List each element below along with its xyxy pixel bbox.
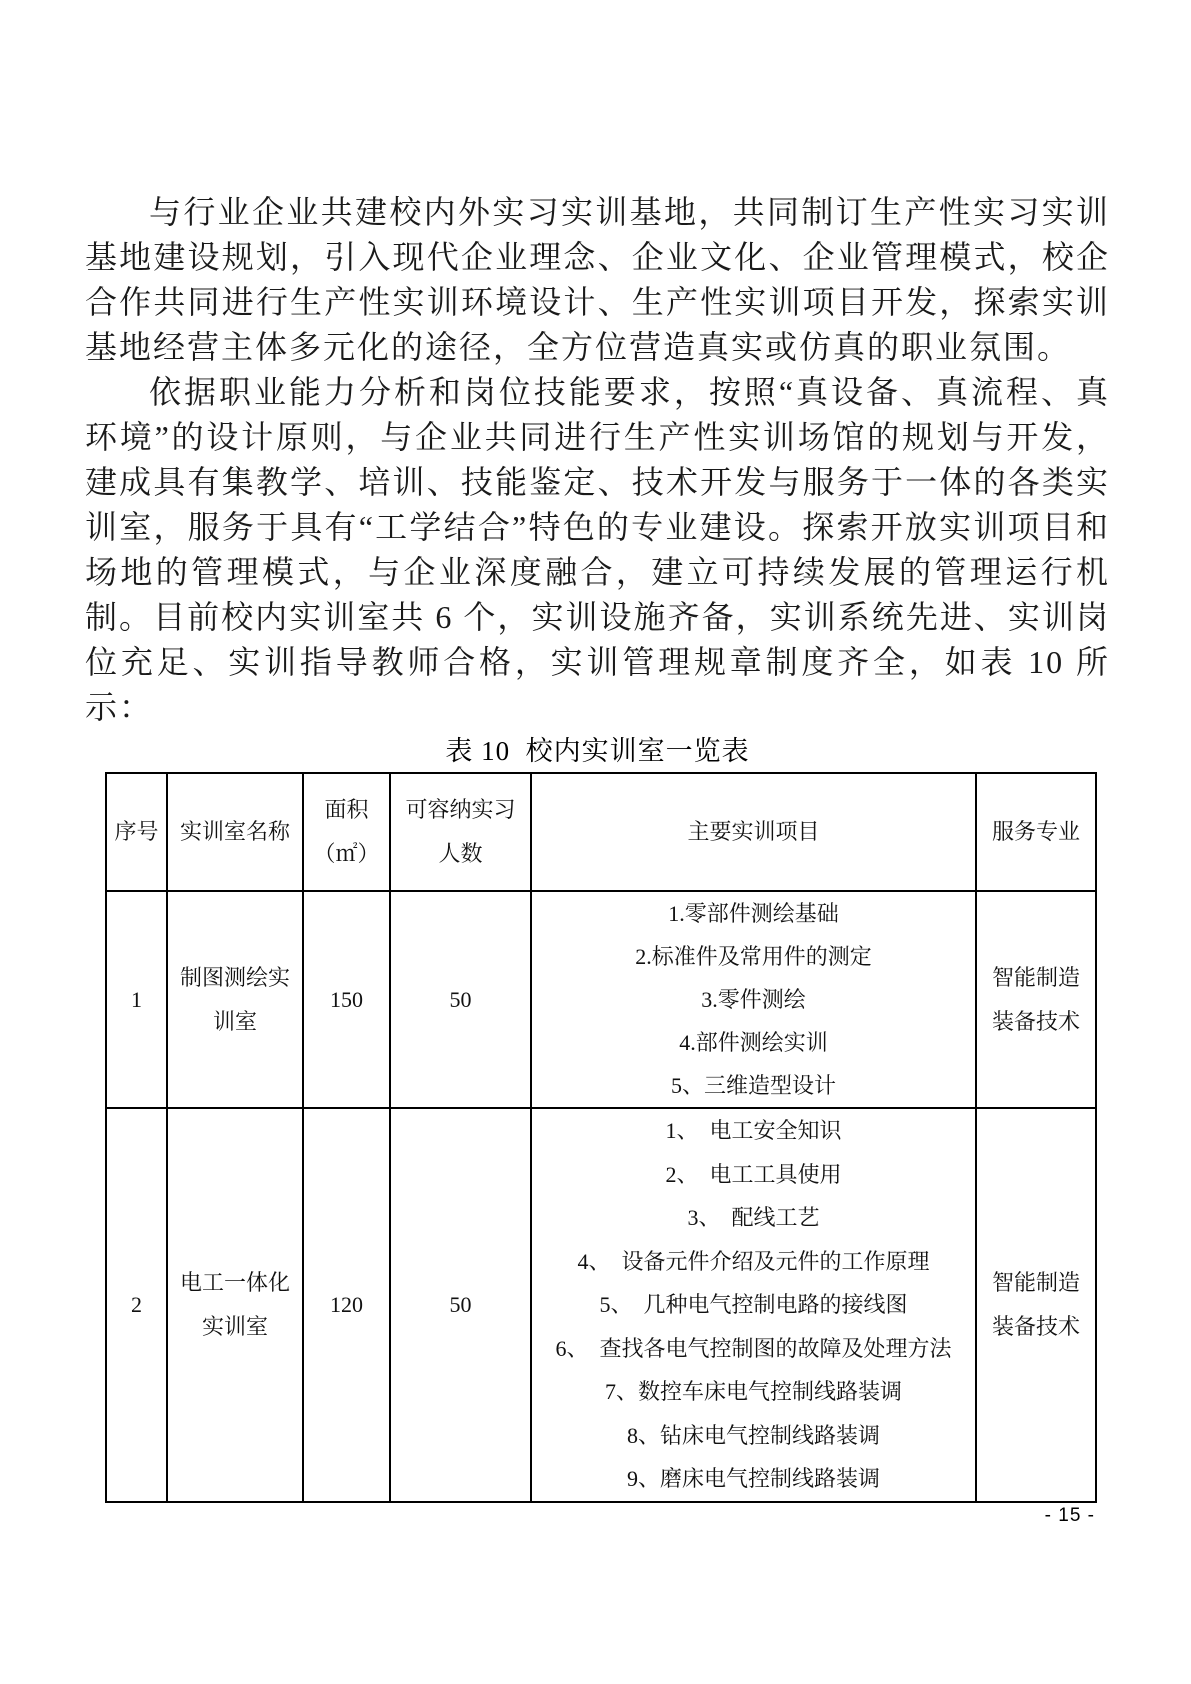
paragraph-training-rooms: 依据职业能力分析和岗位技能要求，按照“真设备、真流程、真环境”的设计原则，与企业… (85, 370, 1110, 730)
project-item: 6、 查找各电气控制图的故障及处理方法 (532, 1327, 975, 1371)
project-item: 5、三维造型设计 (532, 1064, 975, 1107)
header-index: 序号 (106, 773, 167, 891)
project-item: 2.标准件及常用件的测定 (532, 935, 975, 978)
project-item: 9、磨床电气控制线路装调 (532, 1457, 975, 1501)
header-area: 面积 （㎡） (303, 773, 390, 891)
header-capacity: 可容纳实习 人数 (390, 773, 531, 891)
paragraph-internship-bases: 与行业企业共建校内外实习实训基地，共同制订生产性实习实训基地建设规划，引入现代企… (85, 190, 1110, 370)
major-line2: 装备技术 (977, 1000, 1095, 1044)
project-item: 8、钻床电气控制线路装调 (532, 1414, 975, 1458)
room-name-line1: 电工一体化 (168, 1261, 302, 1305)
cell-capacity: 50 (390, 1108, 531, 1502)
cell-major: 智能制造 装备技术 (976, 891, 1096, 1108)
major-line1: 智能制造 (977, 1261, 1095, 1305)
project-item: 4、 设备元件介绍及元件的工作原理 (532, 1240, 975, 1284)
header-area-line2: （㎡） (304, 832, 389, 876)
room-name-line1: 制图测绘实 (168, 956, 302, 1000)
header-projects: 主要实训项目 (531, 773, 976, 891)
cell-room-name: 制图测绘实 训室 (167, 891, 303, 1108)
header-room-name: 实训室名称 (167, 773, 303, 891)
cell-index: 1 (106, 891, 167, 1108)
cell-major: 智能制造 装备技术 (976, 1108, 1096, 1502)
page-number: - 15 - (1045, 1505, 1095, 1527)
room-name-line2: 训室 (168, 1000, 302, 1044)
project-item: 3、 配线工艺 (532, 1196, 975, 1240)
cell-area: 120 (303, 1108, 390, 1502)
cell-projects: 1.零部件测绘基础 2.标准件及常用件的测定 3.零件测绘 4.部件测绘实训 5… (531, 891, 976, 1108)
project-item: 5、 几种电气控制电路的接线图 (532, 1283, 975, 1327)
cell-capacity: 50 (390, 891, 531, 1108)
header-capacity-line1: 可容纳实习 (391, 788, 530, 832)
room-name-line2: 实训室 (168, 1305, 302, 1349)
project-item: 1、 电工安全知识 (532, 1109, 975, 1153)
table-header-row: 序号 实训室名称 面积 （㎡） 可容纳实习 人数 主要实训项目 服务专业 (106, 773, 1096, 891)
header-capacity-line2: 人数 (391, 832, 530, 876)
header-area-line1: 面积 (304, 788, 389, 832)
table-caption: 表 10 校内实训室一览表 (85, 730, 1110, 772)
project-item: 2、 电工工具使用 (532, 1153, 975, 1197)
table-row: 1 制图测绘实 训室 150 50 1.零部件测绘基础 2.标准件及常用件的测定… (106, 891, 1096, 1108)
cell-index: 2 (106, 1108, 167, 1502)
major-line2: 装备技术 (977, 1305, 1095, 1349)
project-item: 4.部件测绘实训 (532, 1021, 975, 1064)
cell-projects: 1、 电工安全知识 2、 电工工具使用 3、 配线工艺 4、 设备元件介绍及元件… (531, 1108, 976, 1502)
document-page: 与行业企业共建校内外实习实训基地，共同制订生产性实习实训基地建设规划，引入现代企… (0, 0, 1191, 1684)
project-item: 1.零部件测绘基础 (532, 892, 975, 935)
table-row: 2 电工一体化 实训室 120 50 1、 电工安全知识 2、 电工工具使用 3… (106, 1108, 1096, 1502)
major-line1: 智能制造 (977, 956, 1095, 1000)
header-major: 服务专业 (976, 773, 1096, 891)
cell-area: 150 (303, 891, 390, 1108)
cell-room-name: 电工一体化 实训室 (167, 1108, 303, 1502)
project-item: 3.零件测绘 (532, 978, 975, 1021)
page-content: 与行业企业共建校内外实习实训基地，共同制订生产性实习实训基地建设规划，引入现代企… (85, 190, 1110, 1503)
project-item: 7、数控车床电气控制线路装调 (532, 1370, 975, 1414)
training-rooms-table: 序号 实训室名称 面积 （㎡） 可容纳实习 人数 主要实训项目 服务专业 1 (105, 772, 1097, 1503)
